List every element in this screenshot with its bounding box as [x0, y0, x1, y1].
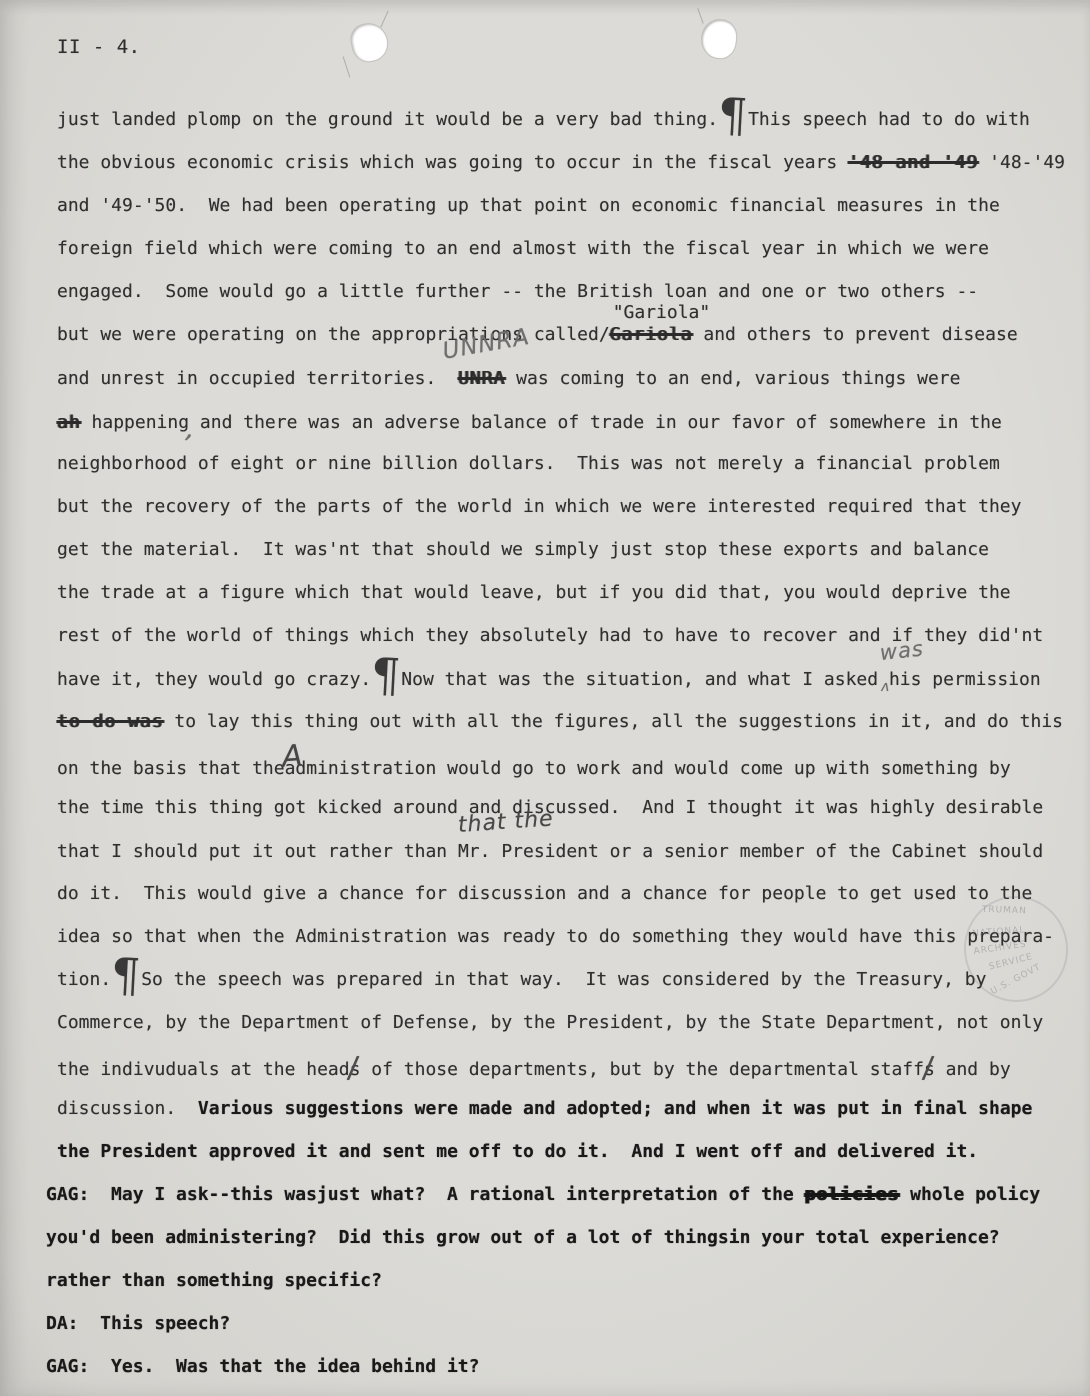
struck-text: to do was — [57, 711, 164, 732]
paper-tear — [697, 8, 703, 23]
text-line: DA: This speech? — [46, 1302, 1057, 1345]
text-line: tion.¶So the speech was prepared in that… — [57, 958, 1057, 1001]
typed-text: the obvious economic crisis which was go… — [57, 152, 848, 173]
typed-text: the trade at a figure which that would l… — [57, 582, 1011, 603]
paragraph-mark-icon: ¶ — [111, 974, 141, 976]
typed-text: and others to prevent disease — [693, 324, 1018, 345]
text-line: but the recovery of the parts of the wor… — [57, 485, 1057, 528]
typed-text: discussion. — [57, 1098, 198, 1119]
punch-hole-left — [349, 21, 391, 64]
typed-text: on the basis that the — [57, 758, 285, 779]
text-line: to do was to lay this thing out with all… — [57, 700, 1057, 743]
typed-text: neighborhood of eight or nine billion do… — [57, 453, 1000, 474]
text-line: you'd been administering? Did this grow … — [46, 1216, 1057, 1259]
typed-text-bold: DA: This speech? — [46, 1313, 230, 1334]
struck-text: '48 and '49 — [848, 152, 978, 173]
typed-text: was coming to an end, various things wer… — [505, 368, 960, 389]
text-line: have it, they would go crazy.¶Now that w… — [57, 657, 1057, 700]
text-line: idea so that when the Administration was… — [57, 915, 1057, 958]
text-line: that I should put it out rather than tha… — [57, 829, 1057, 872]
typed-text: and '49-'50. We had been operating up th… — [57, 195, 1000, 216]
typed-text: Mr. President or a senior member of the … — [458, 841, 1043, 862]
typed-text: and there was an adverse balance of trad… — [189, 412, 1002, 433]
text-line: get the material. It was'nt that should … — [57, 528, 1057, 571]
typed-text-bold: the President approved it and sent me of… — [57, 1141, 978, 1162]
typed-text: administration would go to work and woul… — [285, 758, 1011, 779]
typed-text: do it. This would give a chance for disc… — [57, 883, 1032, 904]
text-line: neighborhood of eight or nine billion do… — [57, 442, 1057, 485]
text-line: discussion. Various suggestions were mad… — [57, 1087, 1057, 1130]
typed-text: So the speech was prepared in that way. … — [141, 969, 986, 990]
stamp-text: NATIONAL — [972, 925, 1026, 939]
text-line: the obvious economic crisis which was go… — [57, 141, 1057, 184]
text-line: engaged. Some would go a little further … — [57, 270, 1057, 313]
typed-text: foreign field which were coming to an en… — [57, 238, 989, 259]
struck-text-bold: policies — [805, 1184, 900, 1205]
text-line: ah happening, and there was an adverse b… — [57, 399, 1057, 442]
typed-text: idea so that when the Administration was… — [57, 926, 1054, 947]
struck-text: UNRA — [458, 368, 505, 389]
text-line: the indivuduals at the heads∕ of those d… — [57, 1044, 1057, 1087]
typed-text-bold: rather than something specific? — [46, 1270, 382, 1291]
typed-text: get the material. It was'nt that should … — [57, 539, 989, 560]
typed-text: of those departments, but by the departm… — [360, 1059, 934, 1080]
typed-text: his permission — [878, 669, 1041, 690]
typed-text: Commerce, by the Department of Defense, … — [57, 1012, 1043, 1033]
typed-text: but the recovery of the parts of the wor… — [57, 496, 1022, 517]
text-line: the trade at a figure which that would l… — [57, 571, 1057, 614]
text-line: GAG: May I ask--this wasjust what? A rat… — [46, 1173, 1057, 1216]
document-body: just landed plomp on the ground it would… — [57, 98, 1057, 1388]
text-line: the President approved it and sent me of… — [57, 1130, 1057, 1173]
paragraph-mark-icon: ¶ — [371, 674, 401, 676]
text-line: GAG: Yes. Was that the idea behind it? — [46, 1345, 1057, 1388]
text-line: on the basis that theAadministration wou… — [57, 743, 1057, 786]
typed-text-bold: you'd been administering? Did this grow … — [46, 1227, 1000, 1248]
typed-text-bold: GAG: Yes. Was that the idea behind it? — [46, 1356, 479, 1377]
typed-text: Now that was the situation, and what I a… — [401, 669, 878, 690]
typed-text: '48-'49 — [978, 152, 1065, 173]
typed-text: This speech had to do with — [748, 109, 1030, 130]
typed-text: to lay this thing out with all the figur… — [164, 711, 1063, 732]
scanned-page: II - 4. just landed plomp on the ground … — [0, 0, 1090, 1396]
typed-text: and unrest in occupied territories. — [57, 368, 458, 389]
text-line: rather than something specific? — [46, 1259, 1057, 1302]
struck-text: ah — [57, 412, 81, 433]
typed-text-bold: Various suggestions were made and adopte… — [198, 1098, 1032, 1119]
typed-text: have it, they would go crazy. — [57, 669, 371, 690]
text-line: Commerce, by the Department of Defense, … — [57, 1001, 1057, 1044]
text-line: the time this thing got kicked around an… — [57, 786, 1057, 829]
typed-text: happening — [81, 412, 189, 433]
typed-text: tion. — [57, 969, 111, 990]
struck-text: Gariola — [610, 324, 693, 345]
typed-text: and by — [935, 1059, 1011, 1080]
stamp-text: TRUMAN — [982, 905, 1027, 917]
typed-text: engaged. Some would go a little further … — [57, 281, 978, 302]
typed-text: just landed plomp on the ground it would… — [57, 109, 718, 130]
typed-text: that I should put it out rather than — [57, 841, 458, 862]
typed-text-bold: GAG: May I ask--this wasjust what? A rat… — [46, 1184, 805, 1205]
text-line: and '49-'50. We had been operating up th… — [57, 184, 1057, 227]
text-line: just landed plomp on the ground it would… — [57, 98, 1057, 141]
paragraph-mark-icon: ¶ — [718, 114, 748, 116]
text-line: but we were operating on the appropriati… — [57, 313, 1057, 356]
typed-text: the indivuduals at the heads — [57, 1059, 360, 1080]
text-line: and unrest in occupied territories. UNRA… — [57, 356, 1057, 399]
typed-text-bold: whole policy — [899, 1184, 1040, 1205]
page-number: II - 4. — [57, 36, 141, 58]
paper-tear — [380, 11, 388, 28]
punch-hole-right — [700, 18, 739, 60]
text-line: do it. This would give a chance for disc… — [57, 872, 1057, 915]
paper-tear — [343, 56, 351, 77]
text-line: foreign field which were coming to an en… — [57, 227, 1057, 270]
